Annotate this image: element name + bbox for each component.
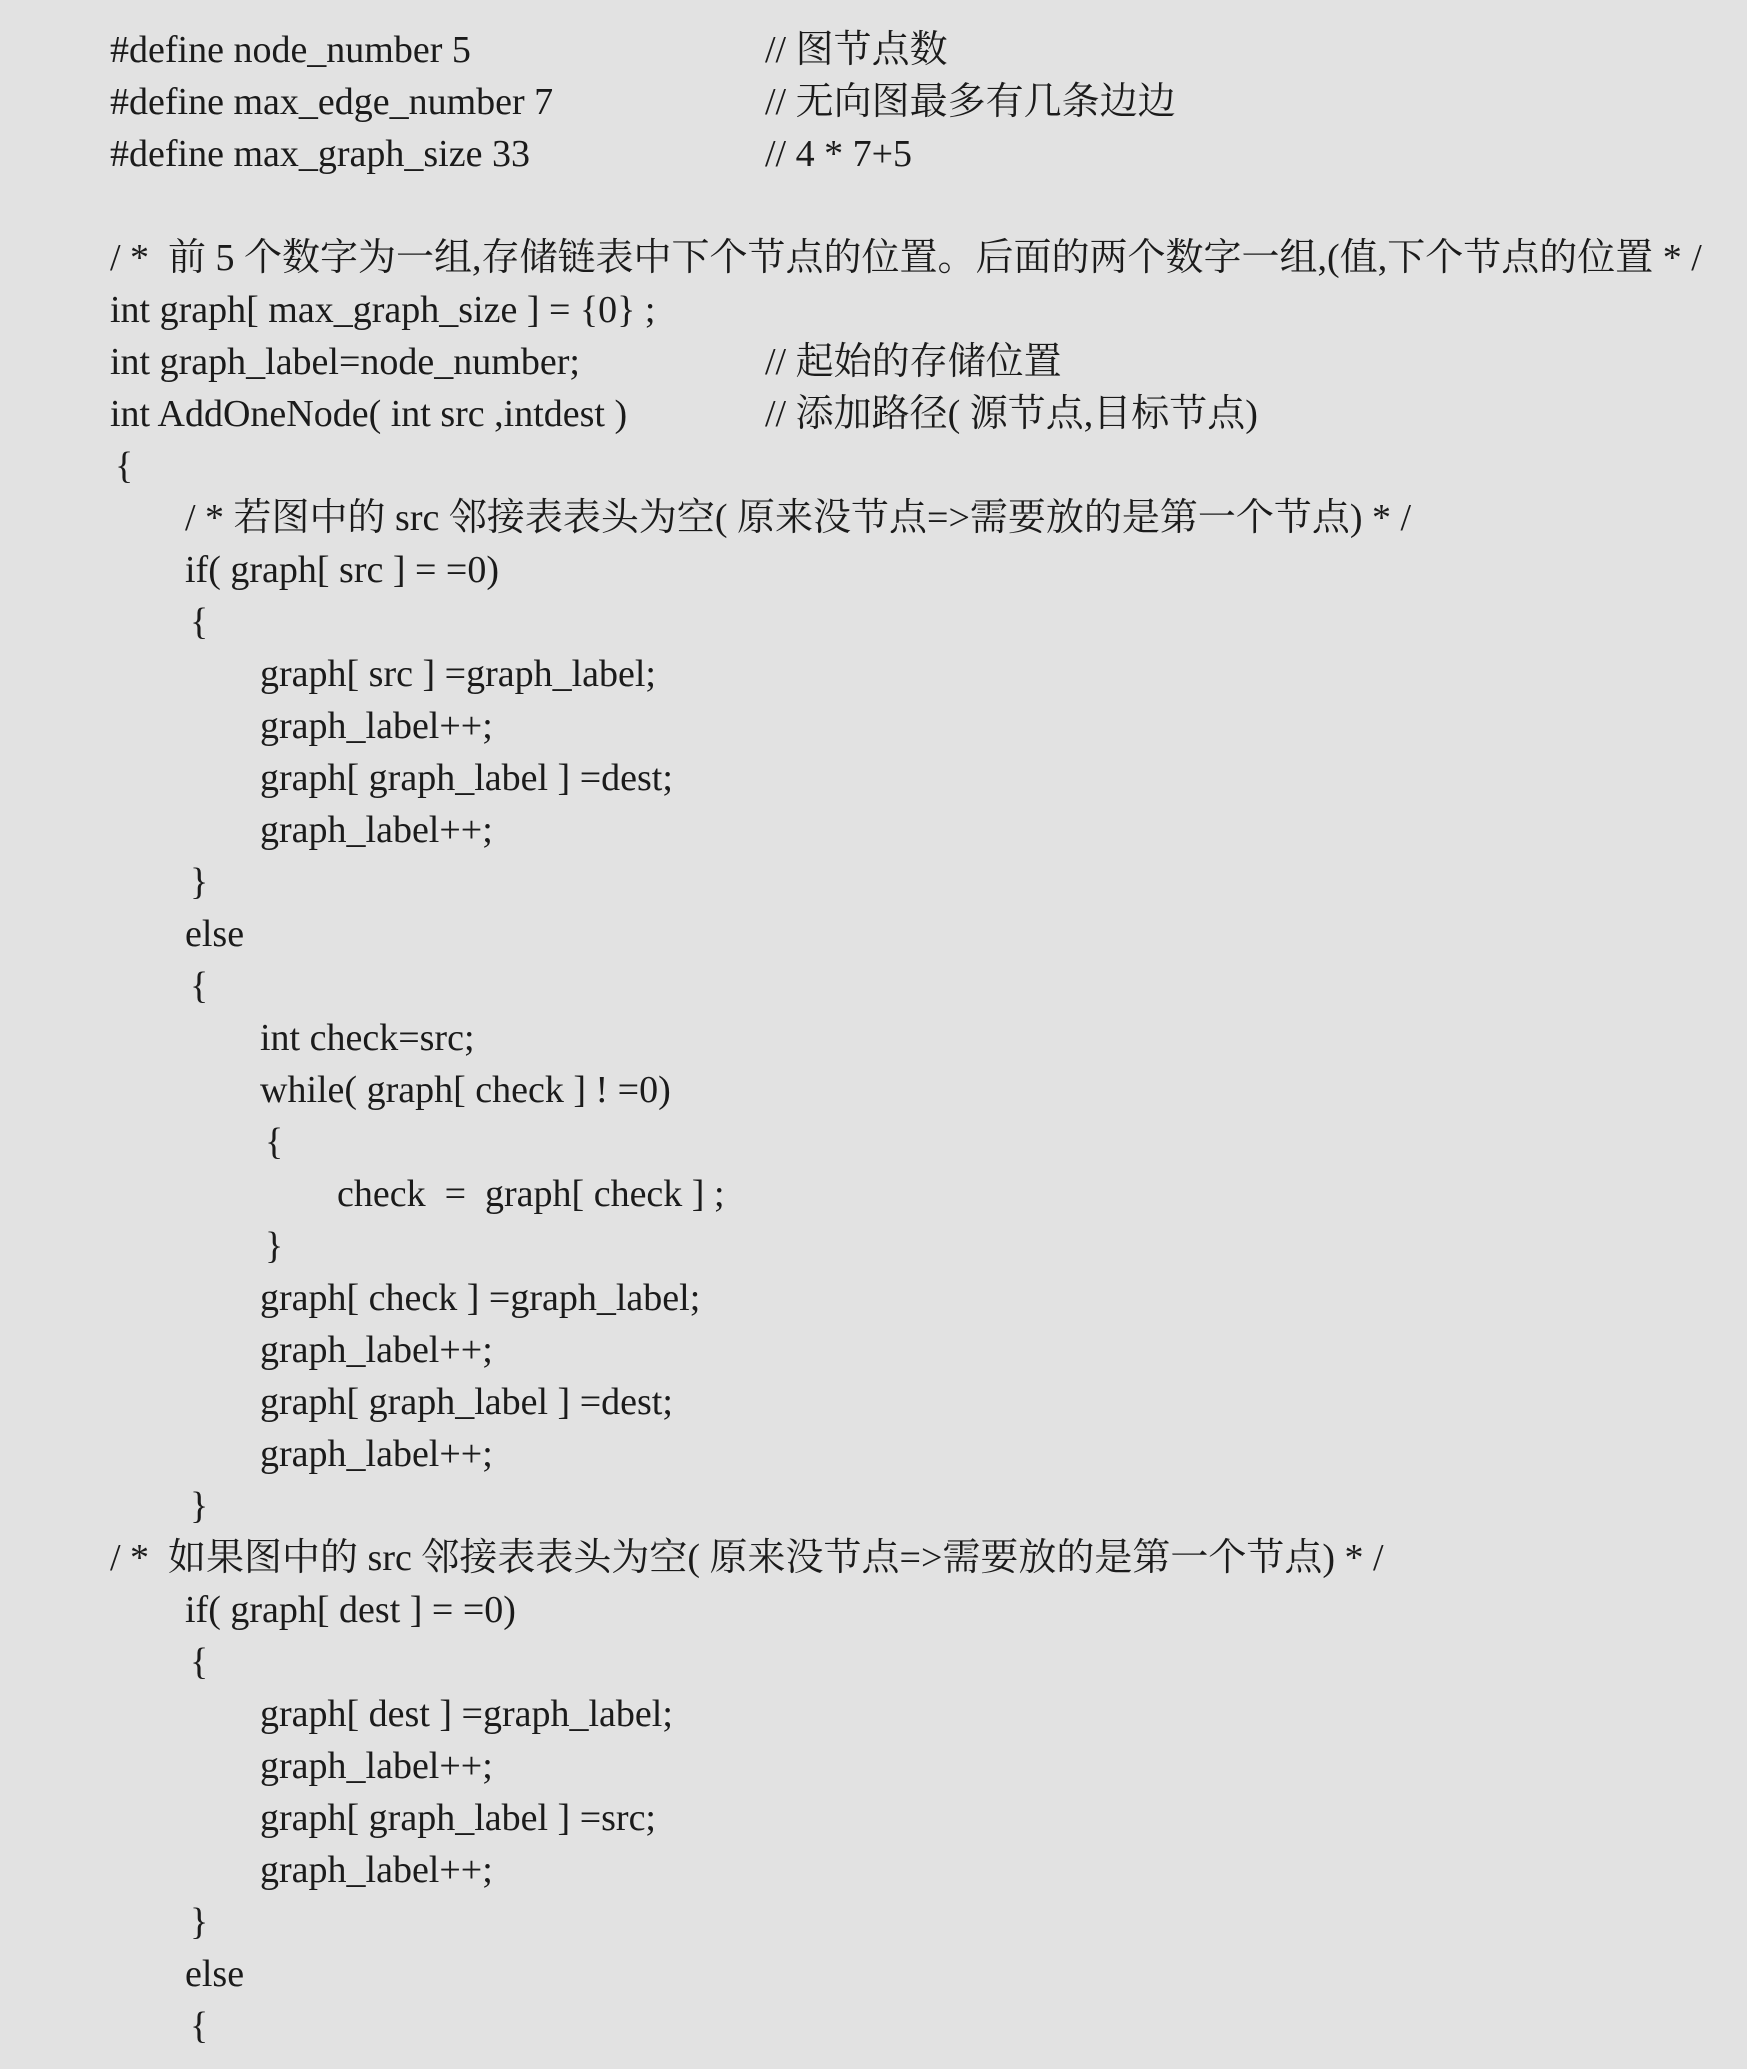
code-text: graph_label++; bbox=[260, 1844, 493, 1896]
code-line: graph[ graph_label ] =dest; bbox=[0, 752, 1747, 804]
code-text: { bbox=[190, 2000, 208, 2052]
code-line: graph[ check ] =graph_label; bbox=[0, 1272, 1747, 1324]
code-text: / * 前 5 个数字为一组,存储链表中下个节点的位置。后面的两个数字一组,(值… bbox=[110, 232, 1702, 284]
code-text: check = graph[ check ] ; bbox=[337, 1168, 725, 1220]
inline-comment: // 无向图最多有几条边边 bbox=[765, 76, 1176, 128]
code-line: { bbox=[0, 440, 1747, 492]
code-line: graph_label++; bbox=[0, 1324, 1747, 1376]
code-text: graph[ dest ] =graph_label; bbox=[260, 1688, 673, 1740]
code-text: } bbox=[265, 1220, 283, 1272]
code-text: else bbox=[185, 908, 244, 960]
code-line: graph[ dest ] =graph_label; bbox=[0, 1688, 1747, 1740]
code-line: graph_label++; bbox=[0, 804, 1747, 856]
code-text: #define node_number 5 bbox=[110, 24, 471, 76]
code-line: int graph_label=node_number;// 起始的存储位置 bbox=[0, 336, 1747, 388]
code-line bbox=[0, 180, 1747, 232]
code-line: graph_label++; bbox=[0, 700, 1747, 752]
code-text: } bbox=[190, 1480, 208, 1532]
inline-comment: // 图节点数 bbox=[765, 24, 948, 76]
code-text: graph_label++; bbox=[260, 1740, 493, 1792]
code-line: check = graph[ check ] ; bbox=[0, 1168, 1747, 1220]
code-text: } bbox=[190, 856, 208, 908]
code-listing: #define node_number 5// 图节点数#define max_… bbox=[0, 0, 1747, 2069]
code-line: if( graph[ dest ] = =0) bbox=[0, 1584, 1747, 1636]
code-text: graph_label++; bbox=[260, 1324, 493, 1376]
code-text: while( graph[ check ] ! =0) bbox=[260, 1064, 671, 1116]
code-text: else bbox=[185, 1948, 244, 2000]
code-text: int check=src; bbox=[260, 1012, 475, 1064]
code-text: { bbox=[190, 960, 208, 1012]
code-text: { bbox=[115, 440, 133, 492]
code-line: graph[ graph_label ] =src; bbox=[0, 1792, 1747, 1844]
code-text: #define max_edge_number 7 bbox=[110, 76, 553, 128]
code-text: graph[ src ] =graph_label; bbox=[260, 648, 656, 700]
code-text: graph_label++; bbox=[260, 700, 493, 752]
code-line: } bbox=[0, 1480, 1747, 1532]
code-text: / * 若图中的 src 邻接表表头为空( 原来没节点=>需要放的是第一个节点)… bbox=[185, 492, 1411, 544]
code-line: #define max_graph_size 33// 4 * 7+5 bbox=[0, 128, 1747, 180]
inline-comment: // 起始的存储位置 bbox=[765, 336, 1062, 388]
code-line: else bbox=[0, 908, 1747, 960]
code-text: graph[ graph_label ] =dest; bbox=[260, 752, 673, 804]
code-line: else bbox=[0, 1948, 1747, 2000]
code-text: if( graph[ dest ] = =0) bbox=[185, 1584, 516, 1636]
code-text: int graph[ max_graph_size ] = {0} ; bbox=[110, 284, 655, 336]
code-text: graph_label++; bbox=[260, 804, 493, 856]
code-line: / * 若图中的 src 邻接表表头为空( 原来没节点=>需要放的是第一个节点)… bbox=[0, 492, 1747, 544]
code-text: graph[ graph_label ] =dest; bbox=[260, 1376, 673, 1428]
code-line: #define node_number 5// 图节点数 bbox=[0, 24, 1747, 76]
code-line: int check=src; bbox=[0, 1012, 1747, 1064]
code-line: graph_label++; bbox=[0, 1428, 1747, 1480]
code-text: { bbox=[190, 1636, 208, 1688]
code-text: graph[ graph_label ] =src; bbox=[260, 1792, 656, 1844]
code-text: int graph_label=node_number; bbox=[110, 336, 580, 388]
code-line: graph[ graph_label ] =dest; bbox=[0, 1376, 1747, 1428]
code-line: { bbox=[0, 1116, 1747, 1168]
code-text: int AddOneNode( int src ,intdest ) bbox=[110, 388, 627, 440]
code-text: if( graph[ src ] = =0) bbox=[185, 544, 499, 596]
code-line: } bbox=[0, 1896, 1747, 1948]
code-line: } bbox=[0, 1220, 1747, 1272]
code-text: / * 如果图中的 src 邻接表表头为空( 原来没节点=>需要放的是第一个节点… bbox=[110, 1532, 1384, 1584]
inline-comment: // 添加路径( 源节点,目标节点) bbox=[765, 388, 1258, 440]
inline-comment: // 4 * 7+5 bbox=[765, 128, 912, 180]
code-line: { bbox=[0, 2000, 1747, 2052]
code-line: if( graph[ src ] = =0) bbox=[0, 544, 1747, 596]
code-text: { bbox=[190, 596, 208, 648]
code-line: while( graph[ check ] ! =0) bbox=[0, 1064, 1747, 1116]
code-line: / * 如果图中的 src 邻接表表头为空( 原来没节点=>需要放的是第一个节点… bbox=[0, 1532, 1747, 1584]
code-text: graph_label++; bbox=[260, 1428, 493, 1480]
code-text: graph[ check ] =graph_label; bbox=[260, 1272, 700, 1324]
code-line: { bbox=[0, 1636, 1747, 1688]
code-line: } bbox=[0, 856, 1747, 908]
code-line: { bbox=[0, 596, 1747, 648]
code-line: graph_label++; bbox=[0, 1740, 1747, 1792]
code-line: #define max_edge_number 7// 无向图最多有几条边边 bbox=[0, 76, 1747, 128]
code-line: int AddOneNode( int src ,intdest )// 添加路… bbox=[0, 388, 1747, 440]
code-text: #define max_graph_size 33 bbox=[110, 128, 530, 180]
code-text: { bbox=[265, 1116, 283, 1168]
code-line: / * 前 5 个数字为一组,存储链表中下个节点的位置。后面的两个数字一组,(值… bbox=[0, 232, 1747, 284]
code-line: int graph[ max_graph_size ] = {0} ; bbox=[0, 284, 1747, 336]
code-line: { bbox=[0, 960, 1747, 1012]
code-line: graph_label++; bbox=[0, 1844, 1747, 1896]
code-line: graph[ src ] =graph_label; bbox=[0, 648, 1747, 700]
code-text: } bbox=[190, 1896, 208, 1948]
